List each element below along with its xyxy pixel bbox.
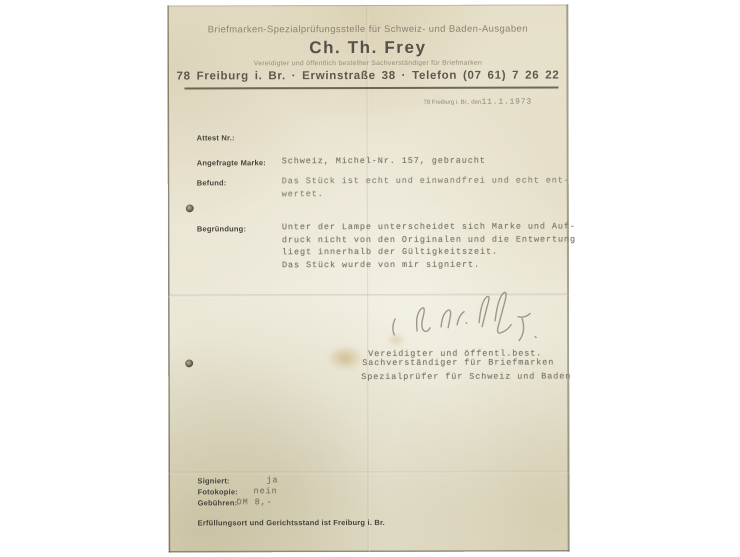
- footer-value-gebuehren: DM 8,-: [237, 497, 273, 507]
- field-label-angefragte-marke: Angefragte Marke:: [197, 158, 266, 167]
- begruendung-line-2: druck nicht von den Originalen und die E…: [282, 234, 576, 245]
- befund-line-1: Das Stück ist echt und einwandfrei und e…: [282, 175, 570, 186]
- document-paper: Briefmarken-Spezialprüfungsstelle für Sc…: [167, 4, 569, 552]
- field-label-attest-nr: Attest Nr.:: [197, 133, 235, 142]
- horizontal-fold-crease-lower: [169, 470, 570, 474]
- letterhead-address: 78 Freiburg i. Br. · Erwinstraße 38 · Te…: [167, 69, 568, 82]
- footer-label-signiert: Signiert:: [198, 476, 230, 485]
- letterhead-name: Ch. Th. Frey: [167, 37, 568, 58]
- begruendung-line-3: liegt innerhalb der Gültigkeitszeit.: [282, 247, 498, 258]
- dateline-printed-label: 78 Freiburg i. Br., den: [424, 100, 482, 106]
- scan-background: Briefmarken-Spezialprüfungsstelle für Sc…: [0, 0, 740, 557]
- footer-label-gebuehren: Gebühren:: [198, 498, 238, 507]
- footer-value-signiert: ja: [267, 475, 279, 485]
- handwritten-signature: [383, 287, 548, 353]
- punch-hole-mark-upper: [186, 204, 194, 212]
- letterhead-subtitle: Vereidigter und öffentlich bestellter Sa…: [167, 59, 568, 67]
- dateline-typed-date: 11.1.1973: [482, 98, 532, 107]
- signature-title-line-3: Spezialprüfer für Schweiz und Baden: [361, 371, 571, 382]
- field-label-befund: Befund:: [197, 178, 227, 187]
- footer-value-fotokopie: nein: [254, 486, 278, 496]
- begruendung-line-1: Unter der Lampe unterscheidet sich Marke…: [282, 221, 576, 232]
- letterhead-rule: [184, 87, 558, 90]
- footer-label-fotokopie: Fotokopie:: [198, 487, 238, 496]
- footer-jurisdiction-note: Erfüllungsort und Gerichtsstand ist Frei…: [198, 518, 385, 527]
- signature-title-line-2: Sachverständiger für Briefmarken: [362, 358, 554, 369]
- letterhead-org-line: Briefmarken-Spezialprüfungsstelle für Sc…: [167, 23, 568, 35]
- paper-stain: [326, 345, 364, 371]
- begruendung-line-4: Das Stück wurde von mir signiert.: [282, 260, 480, 271]
- field-label-begruendung: Begründung:: [197, 224, 246, 233]
- punch-hole-mark-lower: [185, 359, 193, 367]
- befund-line-2: wertet.: [282, 189, 324, 199]
- field-value-angefragte-marke: Schweiz, Michel-Nr. 157, gebraucht: [282, 156, 486, 167]
